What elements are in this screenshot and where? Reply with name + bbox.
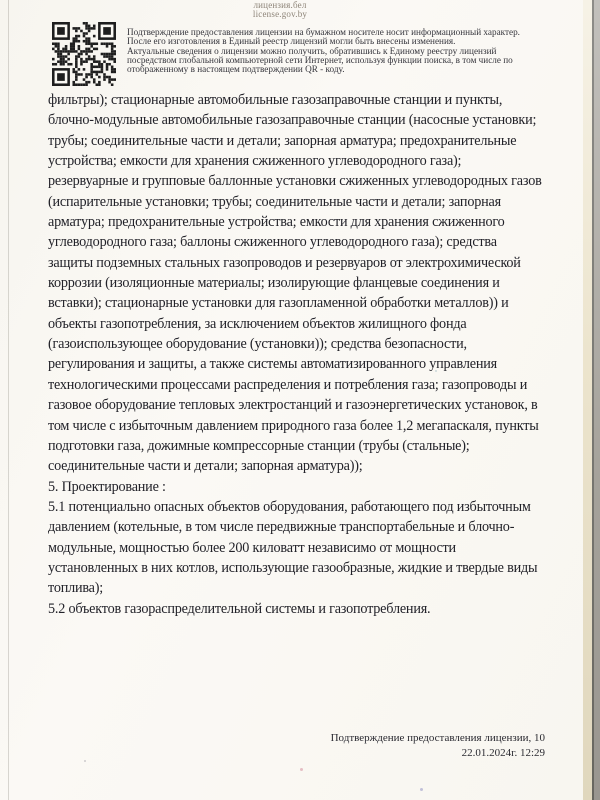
body-text-line: (газоиспользующее оборудование (установк…	[48, 334, 583, 354]
body-text-line: вставки); стационарные установки для газ…	[48, 293, 583, 313]
scanned-document-page: лицензия.бел license.gov.by Подтверждени…	[0, 0, 600, 800]
body-text-line: соединительные части и детали; запорная …	[48, 456, 583, 476]
body-text-line: блочно-модульные автомобильные газозапра…	[48, 110, 583, 130]
paper-speck	[300, 768, 303, 771]
body-text-line: модульные, мощностью более 200 киловатт …	[48, 538, 583, 558]
paper-speck	[84, 760, 86, 762]
footer-confirmation-label: Подтверждение предоставления лицензии, 1…	[225, 731, 545, 746]
body-text-line: технологическими процессами распределени…	[48, 375, 583, 395]
body-text-line: (испарительные установки; трубы; соедини…	[48, 192, 583, 212]
qr-code-icon	[52, 22, 116, 86]
body-text-line: 5.2 объектов газораспределительной систе…	[48, 599, 583, 619]
scan-right-edge-beige	[583, 0, 592, 800]
footer-datetime: 22.01.2024г. 12:29	[225, 746, 545, 761]
license-scope-text: фильтры); стационарные автомобильные газ…	[48, 90, 583, 619]
site-link-license-gov-by: license.gov.by	[180, 10, 380, 19]
page-footer: Подтверждение предоставления лицензии, 1…	[225, 731, 545, 760]
body-text-line: резервуарные и групповые баллонные устан…	[48, 171, 583, 191]
body-text-line: фильтры); стационарные автомобильные газ…	[48, 90, 583, 110]
body-text-line: углеводородного газа; баллоны сжиженного…	[48, 232, 583, 252]
scan-right-edge-shadow	[594, 0, 600, 800]
body-text-line: арматура; предохранительные устройства; …	[48, 212, 583, 232]
body-text-line: давлением (котельные, в том числе передв…	[48, 517, 583, 537]
body-text-line: том числе с избыточным давлением природн…	[48, 416, 583, 436]
body-text-line: объекты газопотребления, за исключением …	[48, 314, 583, 334]
body-text-line: трубы; соединительные части и детали; за…	[48, 131, 583, 151]
paper-speck	[435, 370, 437, 372]
body-text-line: 5. Проектирование :	[48, 477, 583, 497]
site-links: лицензия.бел license.gov.by	[180, 1, 380, 18]
body-text-line: 5.1 потенциально опасных объектов оборуд…	[48, 497, 583, 517]
scan-left-edge-line	[8, 0, 9, 800]
body-text-line: защиты подземных стальных газопроводов и…	[48, 253, 583, 273]
notice-line: отображенному в настоящем подтверждении …	[127, 65, 572, 74]
body-text-line: регулирования и защиты, а также системы …	[48, 354, 583, 374]
body-text-line: подготовки газа, дожимные компрессорные …	[48, 436, 583, 456]
paper-speck	[420, 788, 423, 791]
body-text-line: устройства; емкости для хранения сжиженн…	[48, 151, 583, 171]
body-text-line: установленных в них котлов, использующие…	[48, 558, 583, 578]
body-text-line: топлива);	[48, 578, 583, 598]
body-text-line: газовое оборудование тепловых электроста…	[48, 395, 583, 415]
body-text-line: коррозии (изоляционные материалы; изолир…	[48, 273, 583, 293]
license-paper-notice: Подтверждение предоставления лицензии на…	[127, 28, 572, 74]
